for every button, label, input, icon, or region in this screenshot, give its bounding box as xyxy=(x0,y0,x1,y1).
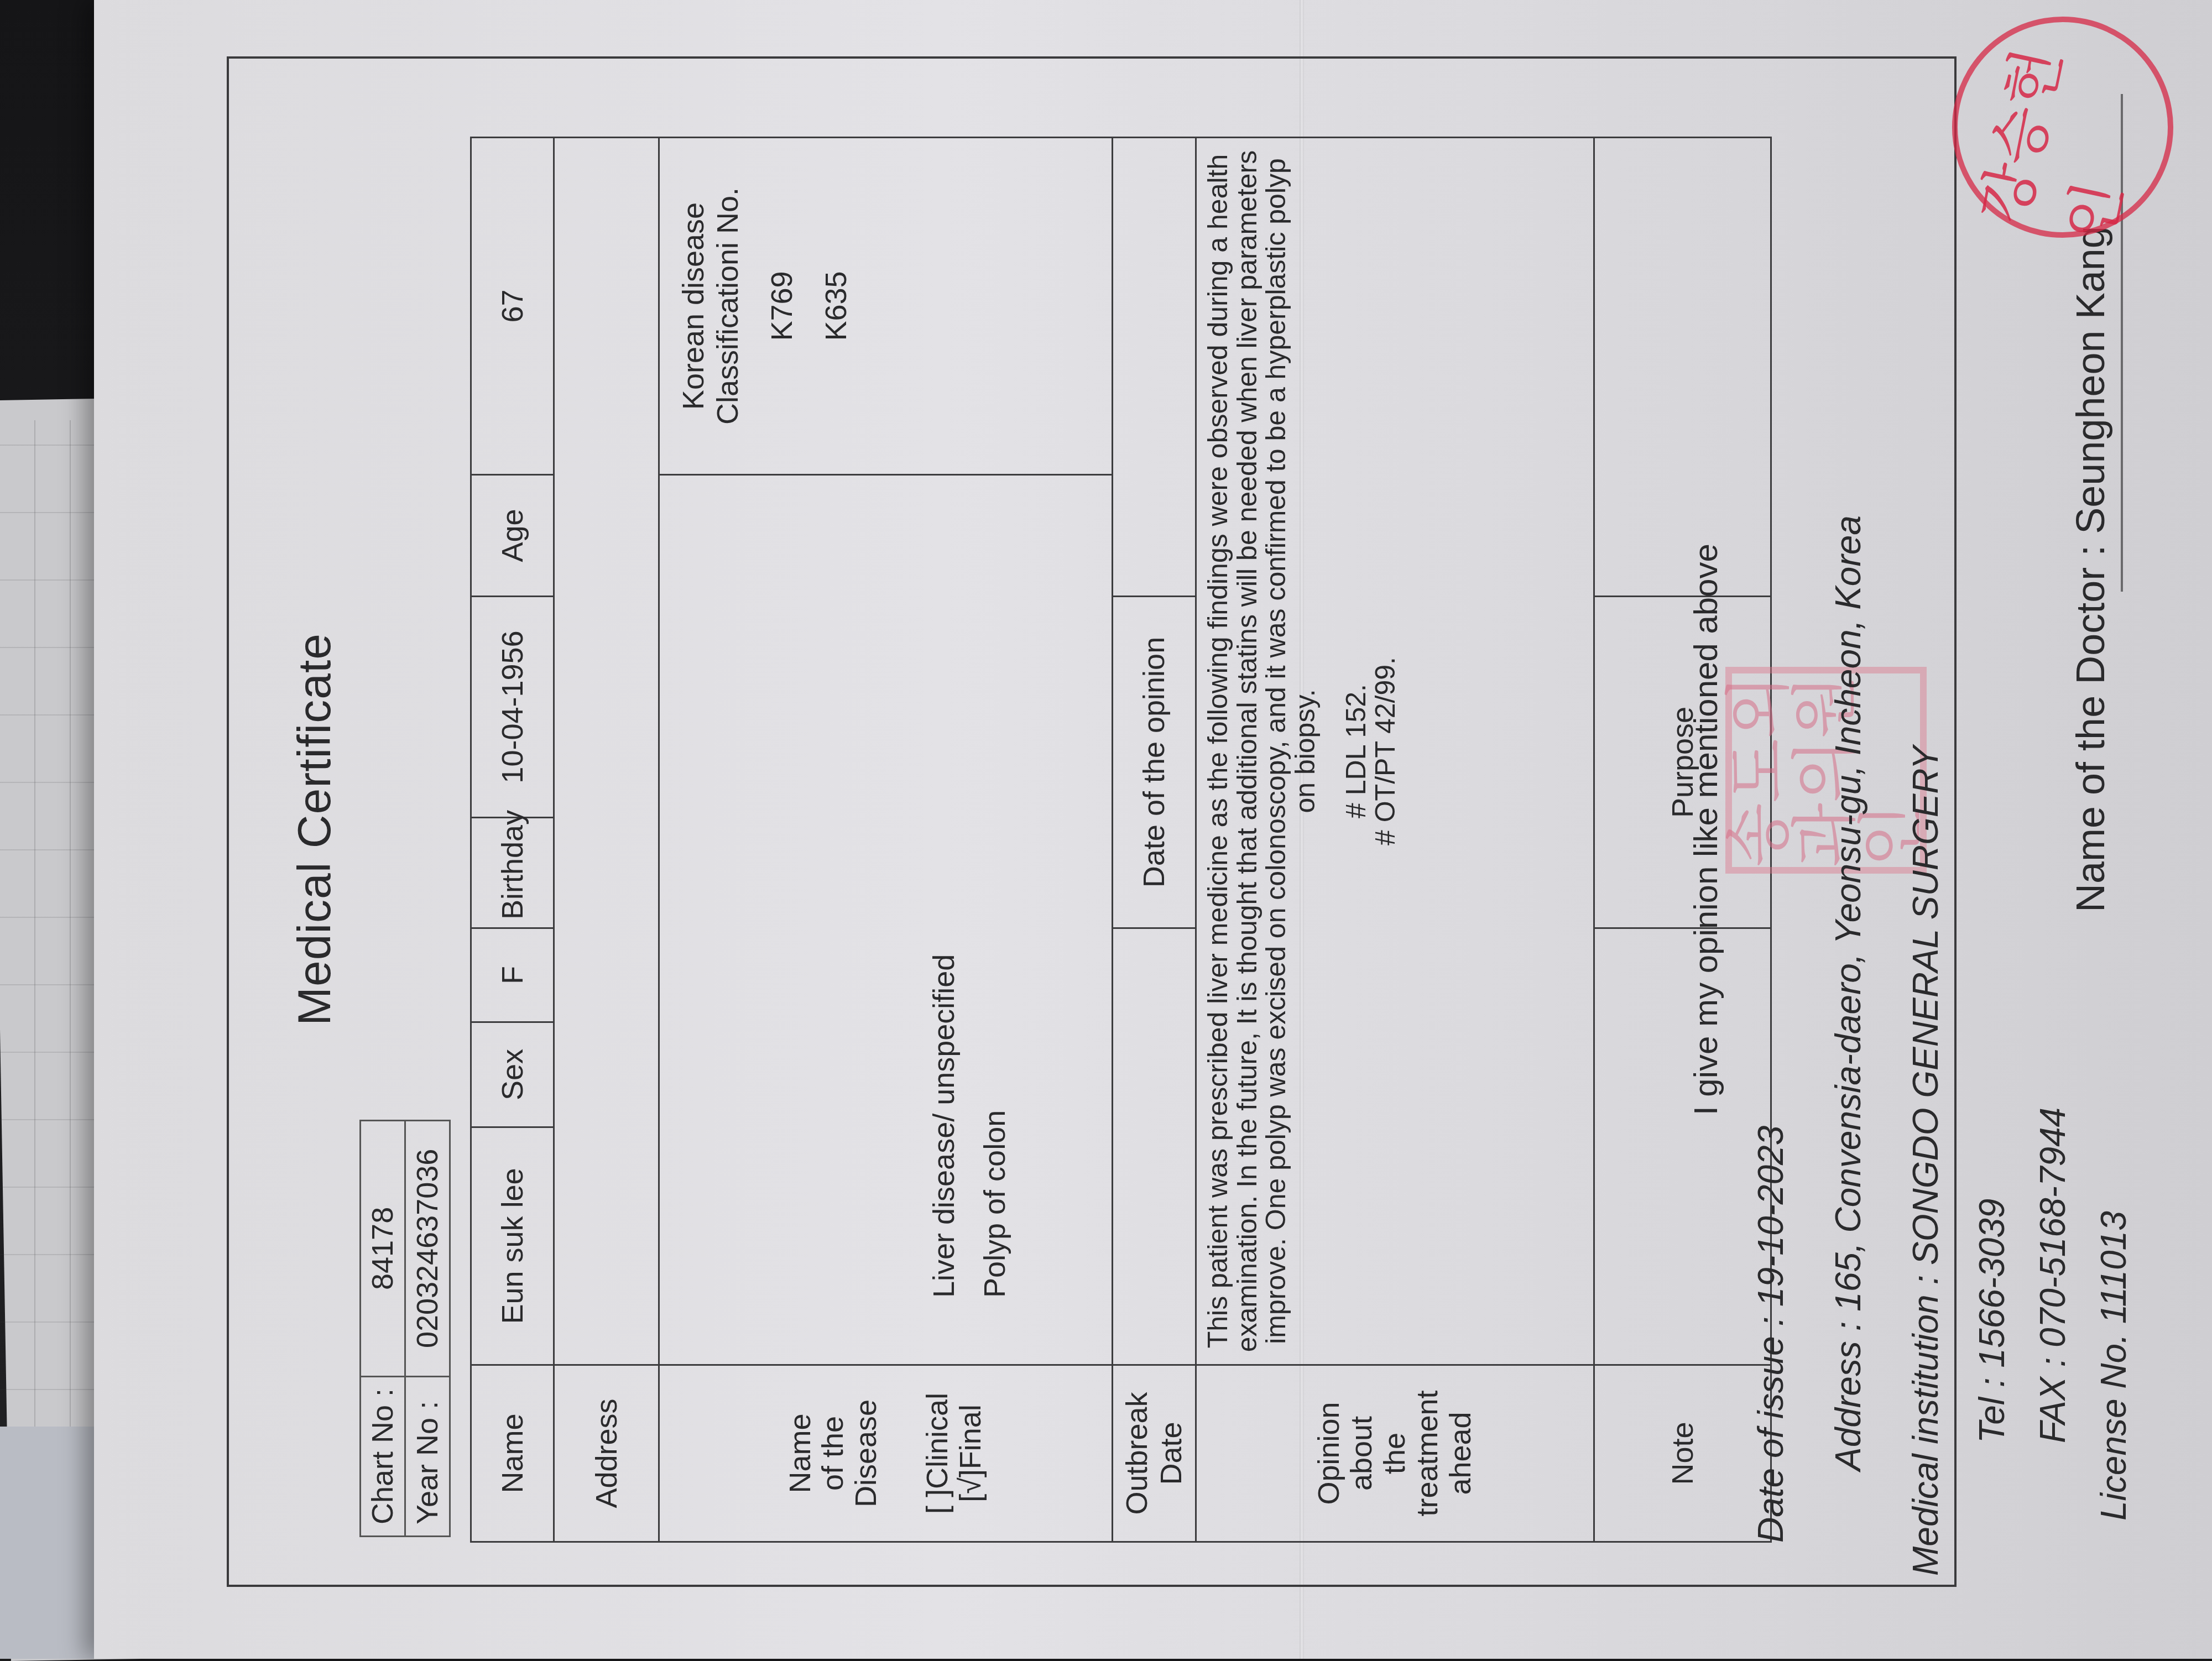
doctor-name: Name of the Doctor : Seungheon Kang xyxy=(2068,226,2114,912)
disease-code: K635 xyxy=(819,146,853,466)
year-no-label: Year No : xyxy=(405,1376,450,1536)
medical-certificate: Medical Certificate Chart No : 84178 Yea… xyxy=(166,28,2212,1631)
id-table: Chart No : 84178 Year No : 020324637036 xyxy=(359,1120,451,1537)
disease-row: Name of the Disease [ ]Clinical [√]Final… xyxy=(659,138,1113,1542)
opinion-paragraph: This patient was prescribed liver medici… xyxy=(1203,146,1319,1356)
finding-line: # OT/PT 42/99. xyxy=(1371,146,1400,1356)
age-value: 67 xyxy=(471,138,554,475)
opinion-label-line: treatment xyxy=(1411,1373,1444,1533)
declaration: I give my opinion like mentioned above xyxy=(1687,28,1725,1631)
opinion-label-line: about xyxy=(1345,1373,1378,1533)
classification-header: Classificationi No. xyxy=(711,146,745,466)
chart-no-value: 84178 xyxy=(361,1120,405,1376)
chart-no-row: Chart No : 84178 xyxy=(361,1120,405,1536)
address-label: Address xyxy=(554,1365,659,1542)
age-label: Age xyxy=(471,475,554,597)
opinion-row: Opinion about the treatment ahead This p… xyxy=(1196,138,1594,1542)
classification-header: Korean disease xyxy=(676,146,711,466)
patient-row: Name Eun suk lee Sex F Birthday 10-04-19… xyxy=(471,138,554,1542)
photo-background: Medical Certificate Chart No : 84178 Yea… xyxy=(0,0,2212,1659)
chart-no-label: Chart No : xyxy=(361,1376,405,1536)
opinion-label-line: ahead xyxy=(1444,1373,1477,1533)
note-value xyxy=(1594,928,1771,1365)
year-no-row: Year No : 020324637036 xyxy=(405,1120,450,1536)
birthday-value: 10-04-1956 xyxy=(471,597,554,818)
opinion-date-value xyxy=(1113,138,1196,597)
disease-label-line: Name xyxy=(784,1373,817,1533)
sex-label: Sex xyxy=(471,1022,554,1127)
outbreak-date-value xyxy=(1113,928,1196,1365)
dates-row: Outbreak Date Date of the opinion xyxy=(1113,138,1196,1542)
disease-label-line: of the xyxy=(817,1373,849,1533)
final-option: [√]Final xyxy=(954,1373,987,1533)
address-value xyxy=(554,138,659,1365)
clinical-option: [ ]Clinical xyxy=(921,1373,954,1533)
year-no-value: 020324637036 xyxy=(405,1120,450,1376)
finding-line: # LDL 152. xyxy=(1342,146,1371,1356)
disease-names-cell: Liver disease/ unspecified Polyp of colo… xyxy=(659,475,1113,1365)
opinion-label-line: Opinion xyxy=(1313,1373,1345,1533)
institution-seal-stamp: 송도외과의원인 xyxy=(1725,667,1927,874)
sex-value: F xyxy=(471,928,554,1022)
birthday-label: Birthday xyxy=(471,818,554,928)
institution-address: Address : 165, Convensia-daero, Yeonsu-g… xyxy=(1830,515,1866,1471)
purpose-value xyxy=(1594,138,1771,597)
disease-label-line: Disease xyxy=(850,1373,883,1533)
outbreak-date-label: Outbreak Date xyxy=(1113,1365,1196,1542)
name-label: Name xyxy=(471,1365,554,1542)
opinion-text-cell: This patient was prescribed liver medici… xyxy=(1196,138,1594,1365)
classification-cell: Korean disease Classificationi No. K769 … xyxy=(659,138,1113,475)
certificate-grid: Name Eun suk lee Sex F Birthday 10-04-19… xyxy=(470,137,1772,1543)
doctor-seal-stamp: 강승헌인 xyxy=(1932,0,2194,258)
date-of-issue: Date of issue : 19-10-2023 xyxy=(1753,1126,1788,1543)
disease-name: Liver disease/ unspecified xyxy=(927,483,961,1298)
opinion-label-line: the xyxy=(1379,1373,1411,1533)
address-row: Address xyxy=(554,138,659,1542)
license-number: License No. 111013 xyxy=(2096,1211,2131,1521)
opinion-label-cell: Opinion about the treatment ahead xyxy=(1196,1365,1594,1542)
disease-label-cell: Name of the Disease [ ]Clinical [√]Final xyxy=(659,1365,1113,1542)
disease-code: K769 xyxy=(765,146,799,466)
note-label: Note xyxy=(1594,1365,1771,1542)
institution-tel: Tel : 1566-3039 xyxy=(1974,1199,2010,1443)
disease-name: Polyp of colon xyxy=(978,483,1012,1298)
patient-name: Eun suk lee xyxy=(471,1127,554,1365)
institution-fax: FAX : 070-5168-7944 xyxy=(2035,1108,2070,1443)
certificate-title: Medical Certificate xyxy=(288,28,341,1631)
medical-institution: Medical institution : SONGDO GENERAL SUR… xyxy=(1908,746,1943,1576)
opinion-date-label: Date of the opinion xyxy=(1113,597,1196,928)
